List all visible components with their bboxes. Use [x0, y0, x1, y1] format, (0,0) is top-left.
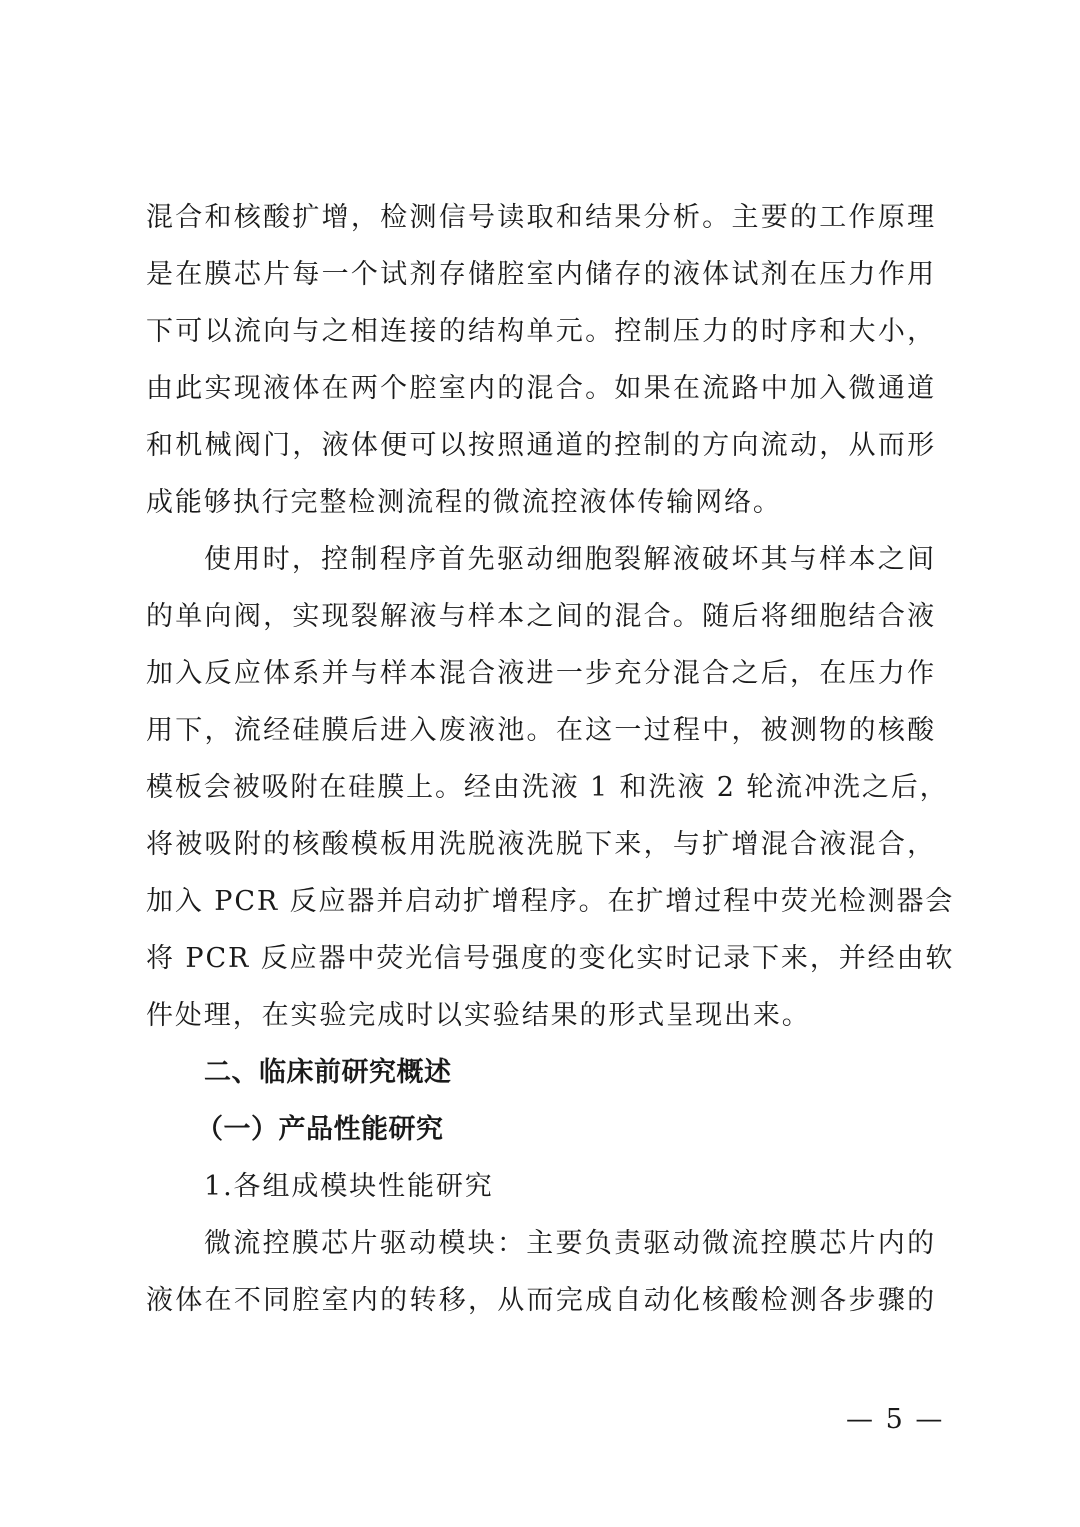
paragraph-line: 混合和核酸扩增，检测信号读取和结果分析。主要的工作原理 [146, 198, 936, 238]
paragraph-line: 液体在不同腔室内的转移，从而完成自动化核酸检测各步骤的 [146, 1281, 936, 1321]
paragraph-line: 使用时，控制程序首先驱动细胞裂解液破坏其与样本之间 [204, 540, 936, 580]
document-page: 混合和核酸扩增，检测信号读取和结果分析。主要的工作原理 是在膜芯片每一个试剂存储… [0, 0, 1080, 1527]
paragraph-line: 由此实现液体在两个腔室内的混合。如果在流路中加入微通道 [146, 369, 936, 409]
section-heading: 二、临床前研究概述 [204, 1053, 452, 1093]
page-number: — 5 — [846, 1402, 944, 1438]
paragraph-line: 和机械阀门，液体便可以按照通道的控制的方向流动，从而形 [146, 426, 936, 466]
paragraph-line: 将被吸附的核酸模板用洗脱液洗脱下来，与扩增混合液混合， [146, 825, 936, 865]
subsection-heading: （一）产品性能研究 [196, 1110, 444, 1150]
paragraph-line: 加入 PCR 反应器并启动扩增程序。在扩增过程中荧光检测器会 [146, 882, 936, 922]
paragraph-line: 用下，流经硅膜后进入废液池。在这一过程中，被测物的核酸 [146, 711, 936, 751]
paragraph-line: 微流控膜芯片驱动模块：主要负责驱动微流控膜芯片内的 [204, 1224, 936, 1264]
paragraph-line: 加入反应体系并与样本混合液进一步充分混合之后，在压力作 [146, 654, 936, 694]
paragraph-line: 的单向阀，实现裂解液与样本之间的混合。随后将细胞结合液 [146, 597, 936, 637]
paragraph-line: 模板会被吸附在硅膜上。经由洗液 1 和洗液 2 轮流冲洗之后， [146, 768, 936, 808]
paragraph-line: 成能够执行完整检测流程的微流控液体传输网络。 [146, 483, 936, 523]
paragraph-line: 下可以流向与之相连接的结构单元。控制压力的时序和大小， [146, 312, 936, 352]
paragraph-line: 将 PCR 反应器中荧光信号强度的变化实时记录下来，并经由软 [146, 939, 936, 979]
item-heading: 1.各组成模块性能研究 [204, 1167, 494, 1207]
paragraph-line: 件处理，在实验完成时以实验结果的形式呈现出来。 [146, 996, 936, 1036]
paragraph-line: 是在膜芯片每一个试剂存储腔室内储存的液体试剂在压力作用 [146, 255, 936, 295]
